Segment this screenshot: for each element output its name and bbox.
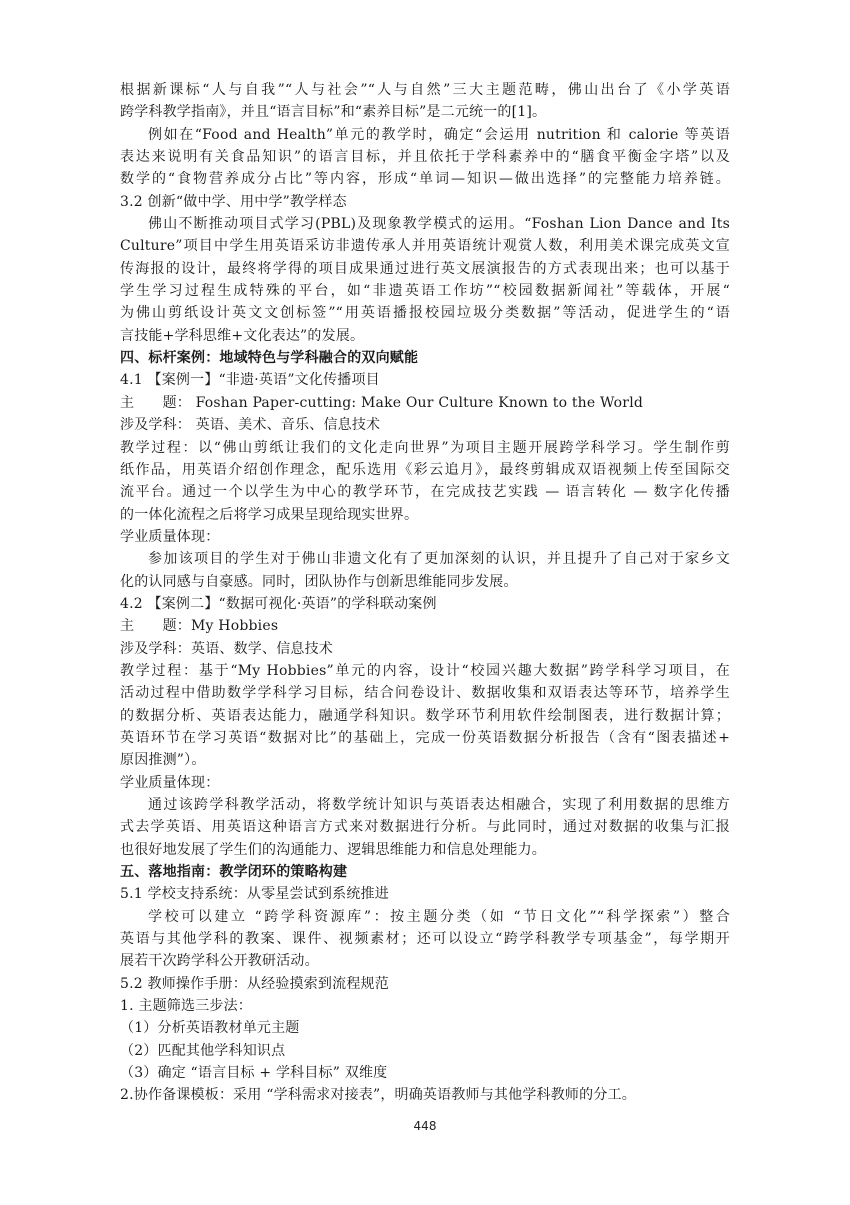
page-number: 448 [0, 1119, 850, 1133]
text-line: 也很好地发展了学生们的沟通能力、逻辑思维能力和信息处理能力。 [120, 839, 730, 861]
text-line: （2）匹配其他学科知识点 [120, 1040, 730, 1062]
text-line: 佛山不断推动项目式学习(PBL)及现象教学模式的运用。“Foshan Lion … [120, 213, 730, 235]
text-line: 参加该项目的学生对于佛山非遗文化有了更加深刻的认识，并且提升了自己对于家乡文 [120, 548, 730, 570]
section-heading: 五、落地指南：教学闭环的策略构建 [120, 861, 730, 883]
text-line: 教学过程：以“佛山剪纸让我们的文化走向世界”为项目主题开展跨学科学习。学生制作剪 [120, 437, 730, 459]
text-line: Culture”项目中学生用英语采访非遗传承人并用英语统计观赏人数，利用美术课完… [120, 235, 730, 257]
text-line: 涉及学科： 英语、美术、音乐、信息技术 [120, 414, 730, 436]
text-line: 的一体化流程之后将学习成果呈现给现实世界。 [120, 504, 730, 526]
text-line: 4.2 【案例二】“数据可视化·英语”的学科联动案例 [120, 593, 730, 615]
text-line: 通过该跨学科教学活动，将数学统计知识与英语表达相融合，实现了利用数据的思维方 [120, 794, 730, 816]
text-line: （1）分析英语教材单元主题 [120, 1017, 730, 1039]
text-line: 传海报的设计，最终将学得的项目成果通过进行英文展演报告的方式表现出来；也可以基于 [120, 258, 730, 280]
text-line: 流平台。通过一个以学生为中心的教学环节，在完成技艺实践 — 语言转化 — 数字化… [120, 481, 730, 503]
text-line: 学校可以建立 “跨学科资源库”：按主题分类（如 “节日文化”“科学探索”）整合 [120, 906, 730, 928]
section-heading: 四、标杆案例：地域特色与学科融合的双向赋能 [120, 347, 730, 369]
text-line: 根据新课标“人与自我”“人与社会”“人与自然”三大主题范畴，佛山出台了《小学英语 [120, 79, 730, 101]
text-line: 学业质量体现： [120, 526, 730, 548]
text-line: 化的认同感与自豪感。同时，团队协作与创新思维能同步发展。 [120, 571, 730, 593]
document-page: 根据新课标“人与自我”“人与社会”“人与自然”三大主题范畴，佛山出台了《小学英语… [0, 0, 850, 1205]
text-line: 英语与其他学科的教案、课件、视频素材；还可以设立“跨学科教学专项基金”，每学期开 [120, 928, 730, 950]
text-line: 学生学习过程生成特殊的平台，如“非遗英语工作坊”“校园数据新闻社”等载体，开展“ [120, 280, 730, 302]
text-line: 纸作品，用英语介绍创作理念，配乐选用《彩云追月》，最终剪辑成双语视频上传至国际交 [120, 459, 730, 481]
text-line: 1. 主题筛选三步法： [120, 995, 730, 1017]
text-line: 教学过程：基于“My Hobbies”单元的内容，设计“校园兴趣大数据”跨学科学… [120, 660, 730, 682]
text-line: 言技能+学科思维+文化表达”的发展。 [120, 325, 730, 347]
text-line: 例如在“Food and Health”单元的教学时，确定“会运用 nutrit… [120, 124, 730, 146]
text-line: （3）确定 “语言目标 + 学科目标” 双维度 [120, 1062, 730, 1084]
text-line: 4.1 【案例一】“非遗·英语”文化传播项目 [120, 369, 730, 391]
text-line: 为佛山剪纸设计英文文创标签”“用英语播报校园垃圾分类数据”等活动，促进学生的“语 [120, 302, 730, 324]
text-line: 5.1 学校支持系统：从零星尝试到系统推进 [120, 883, 730, 905]
text-line: 5.2 教师操作手册：从经验摸索到流程规范 [120, 973, 730, 995]
text-line: 涉及学科：英语、数学、信息技术 [120, 638, 730, 660]
text-line: 主 题： Foshan Paper-cutting: Make Our Cult… [120, 392, 730, 414]
text-line: 表达来说明有关食品知识”的语言目标，并且依托于学科素养中的“膳食平衡金字塔”以及 [120, 146, 730, 168]
text-line: 的数据分析、英语表达能力，融通学科知识。数学环节利用软件绘制图表，进行数据计算； [120, 705, 730, 727]
text-line: 2.协作备课模板：采用 “学科需求对接表”，明确英语教师与其他学科教师的分工。 [120, 1084, 730, 1106]
text-line: 主 题：My Hobbies [120, 615, 730, 637]
text-line: 式去学英语、用英语这种语言方式来对数据进行分析。与此同时，通过对数据的收集与汇报 [120, 816, 730, 838]
text-line: 学业质量体现： [120, 772, 730, 794]
document-body: 根据新课标“人与自我”“人与社会”“人与自然”三大主题范畴，佛山出台了《小学英语… [120, 79, 730, 1107]
text-line: 英语环节在学习英语“数据对比”的基础上，完成一份英语数据分析报告（含有“图表描述… [120, 727, 730, 749]
text-line: 跨学科教学指南》，并且“语言目标”和“素养目标”是二元统一的[1]。 [120, 101, 730, 123]
text-line: 原因推测”）。 [120, 749, 730, 771]
text-line: 3.2 创新“做中学、用中学”教学样态 [120, 191, 730, 213]
text-line: 展若干次跨学科公开教研活动。 [120, 950, 730, 972]
text-line: 活动过程中借助数学学科学习目标，结合问卷设计、数据收集和双语表达等环节，培养学生 [120, 682, 730, 704]
text-line: 数学的“食物营养成分占比”等内容，形成“单词—知识—做出选择”的完整能力培养链。 [120, 168, 730, 190]
